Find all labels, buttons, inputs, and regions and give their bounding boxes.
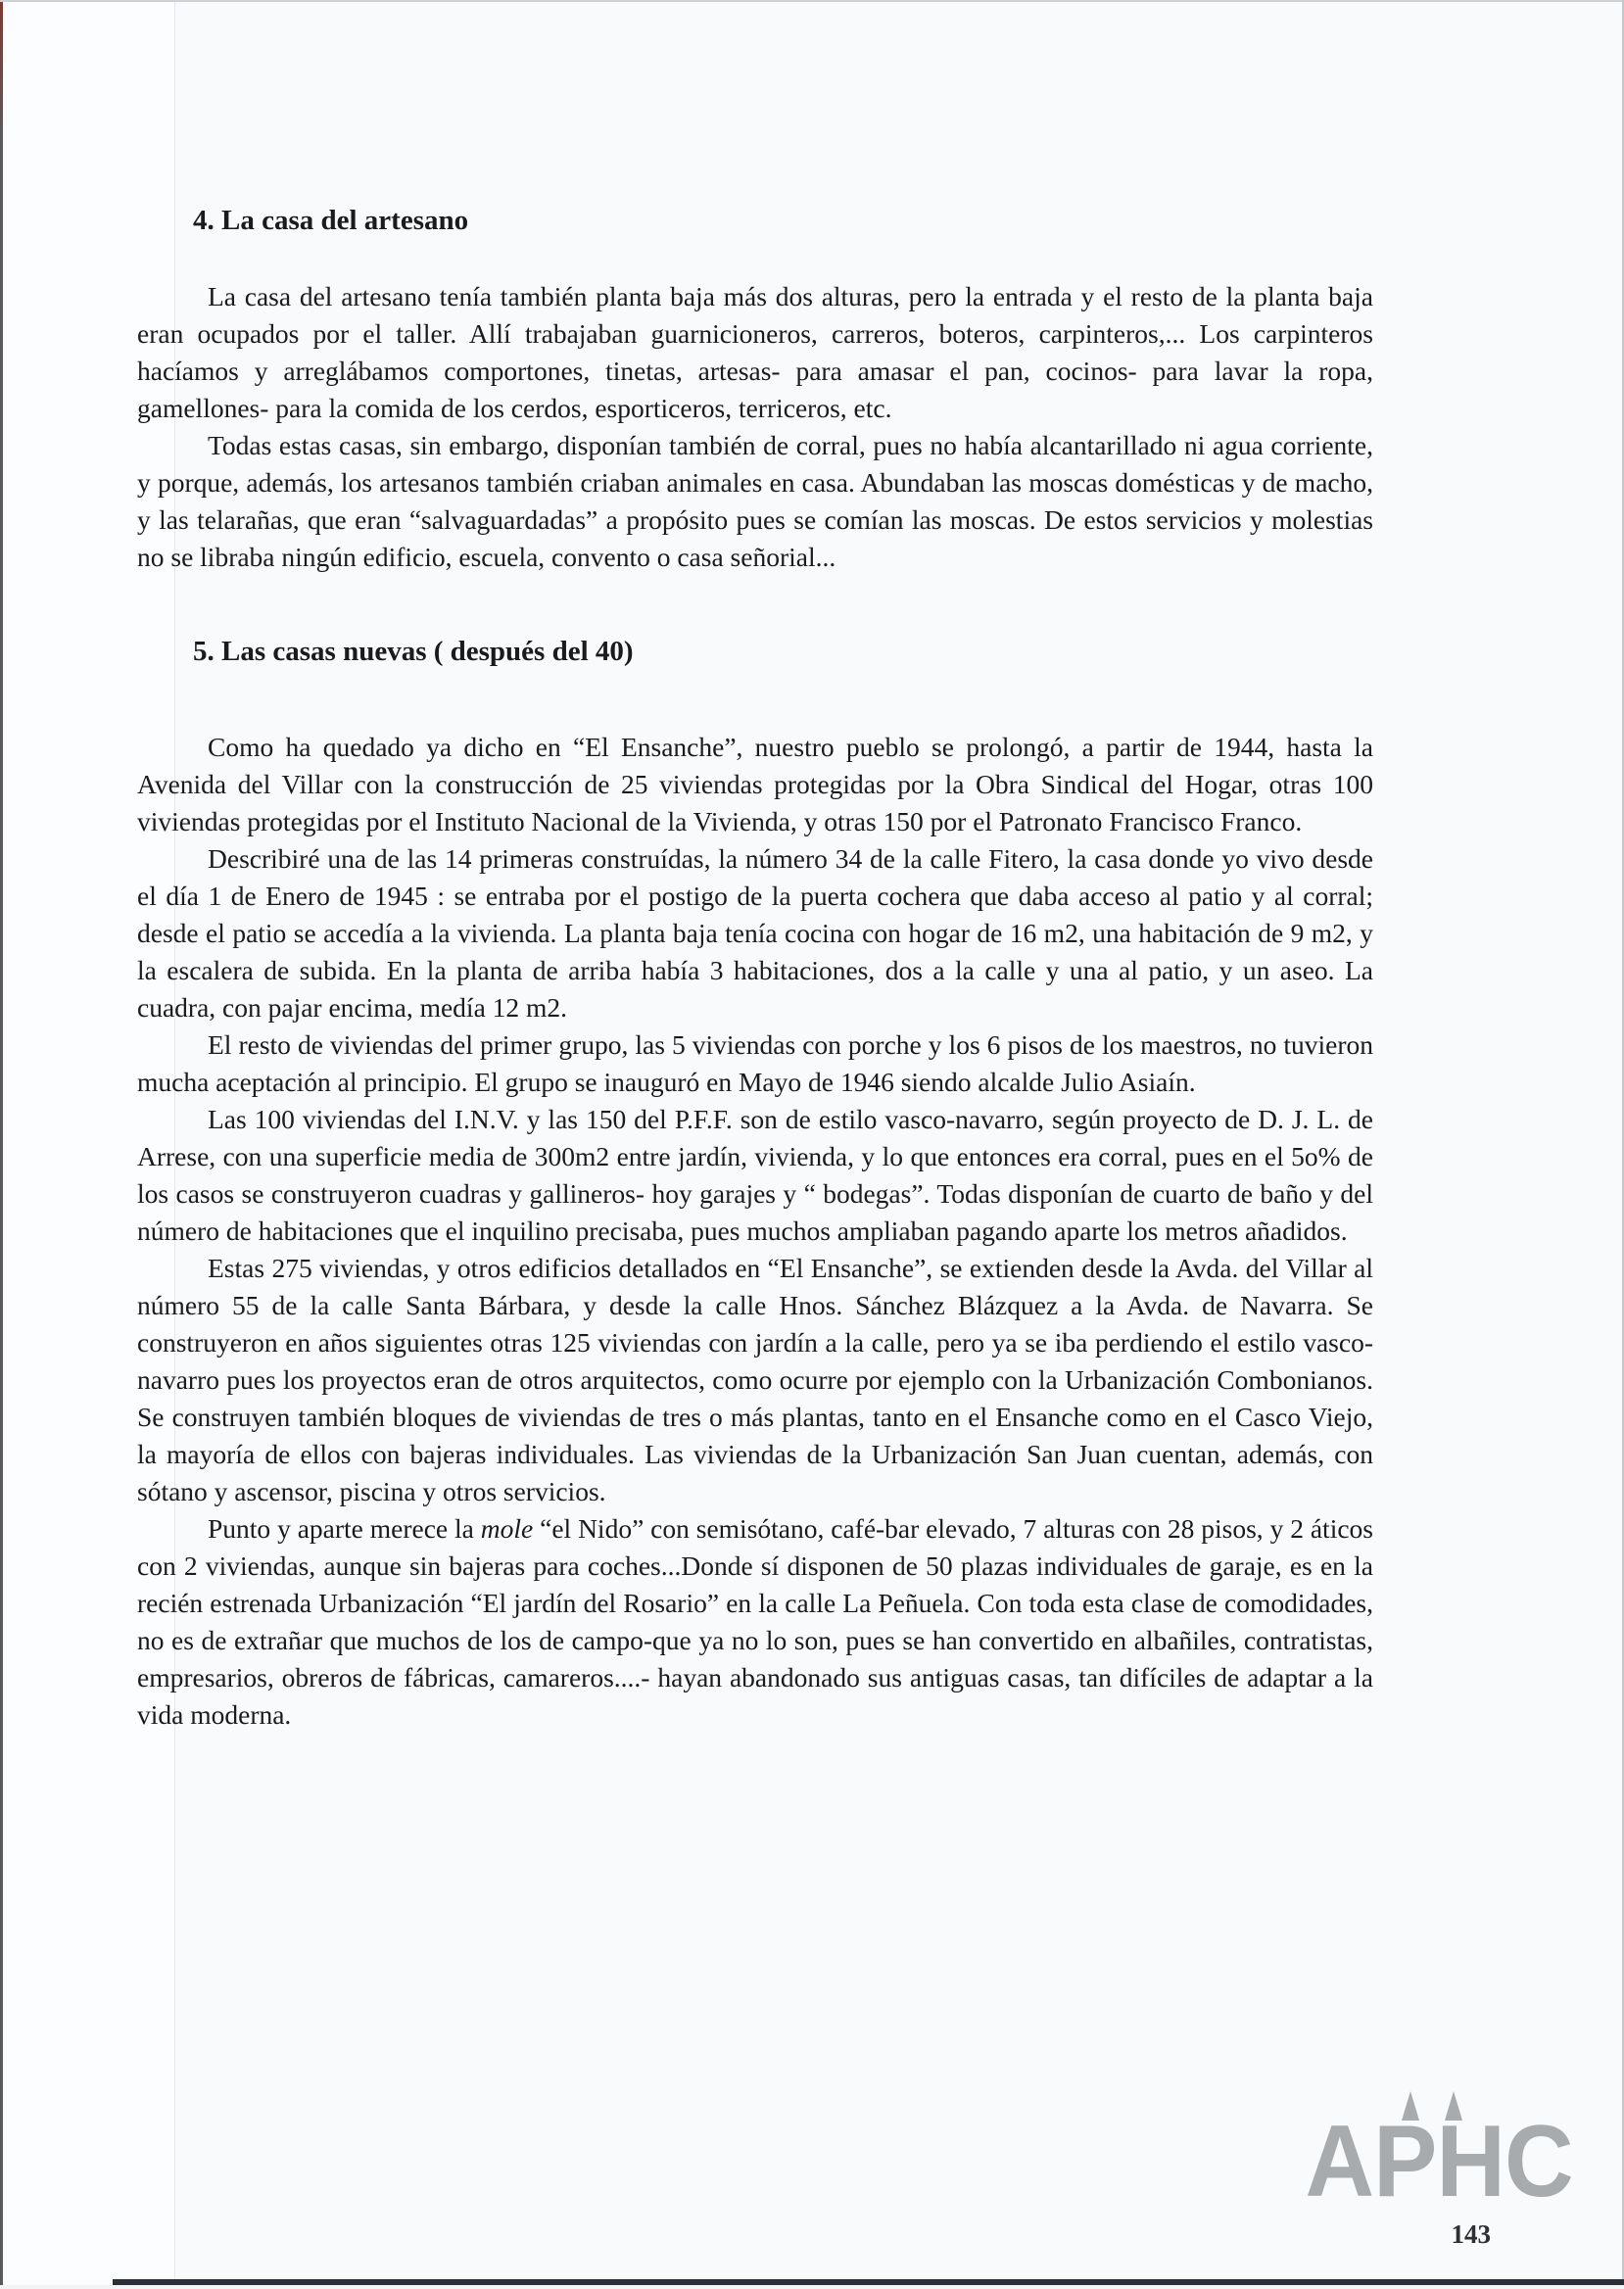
section-5-heading: 5. Las casas nuevas ( después del 40) (193, 635, 1373, 668)
section-4-heading: 4. La casa del artesano (193, 204, 1373, 237)
scan-edge-left (0, 0, 3, 2289)
paragraph-text-segment: “el Nido” con semisótano, café-bar eleva… (137, 1513, 1373, 1730)
paragraph-casas-nuevas-6: Punto y aparte merece la mole “el Nido” … (137, 1510, 1373, 1734)
cathedral-spire-icon (1445, 2091, 1462, 2121)
page-number: 143 (1452, 2219, 1492, 2250)
paragraph-casas-nuevas-1: Como ha quedado ya dicho en “El Ensanche… (137, 729, 1373, 840)
paragraph-casas-nuevas-4: Las 100 viviendas del I.N.V. y las 150 d… (137, 1101, 1373, 1250)
scan-edge-top (0, 0, 1624, 2)
paragraph-casas-nuevas-2: Describiré una de las 14 primeras constr… (137, 840, 1373, 1026)
aphc-logo-text: APHC (1306, 2111, 1573, 2213)
paragraph-artesano-2: Todas estas casas, sin embargo, disponía… (137, 427, 1373, 576)
paragraph-casas-nuevas-5: Estas 275 viviendas, y otros edificios d… (137, 1250, 1373, 1510)
cathedral-spire-icon (1402, 2091, 1419, 2121)
aphc-watermark: APHC (1288, 2111, 1573, 2220)
italic-word-mole: mole (481, 1513, 533, 1544)
page-text-block: 4. La casa del artesano La casa del arte… (137, 204, 1373, 1734)
scan-edge-bottom (113, 2279, 1624, 2285)
paragraph-text-segment: Punto y aparte merece la (208, 1513, 481, 1544)
scan-edge-bottom-margin (0, 2285, 1624, 2289)
paragraph-casas-nuevas-3: El resto de viviendas del primer grupo, … (137, 1026, 1373, 1101)
scanned-document-page: 4. La casa del artesano La casa del arte… (0, 0, 1624, 2289)
paragraph-artesano-1: La casa del artesano tenía también plant… (137, 278, 1373, 427)
